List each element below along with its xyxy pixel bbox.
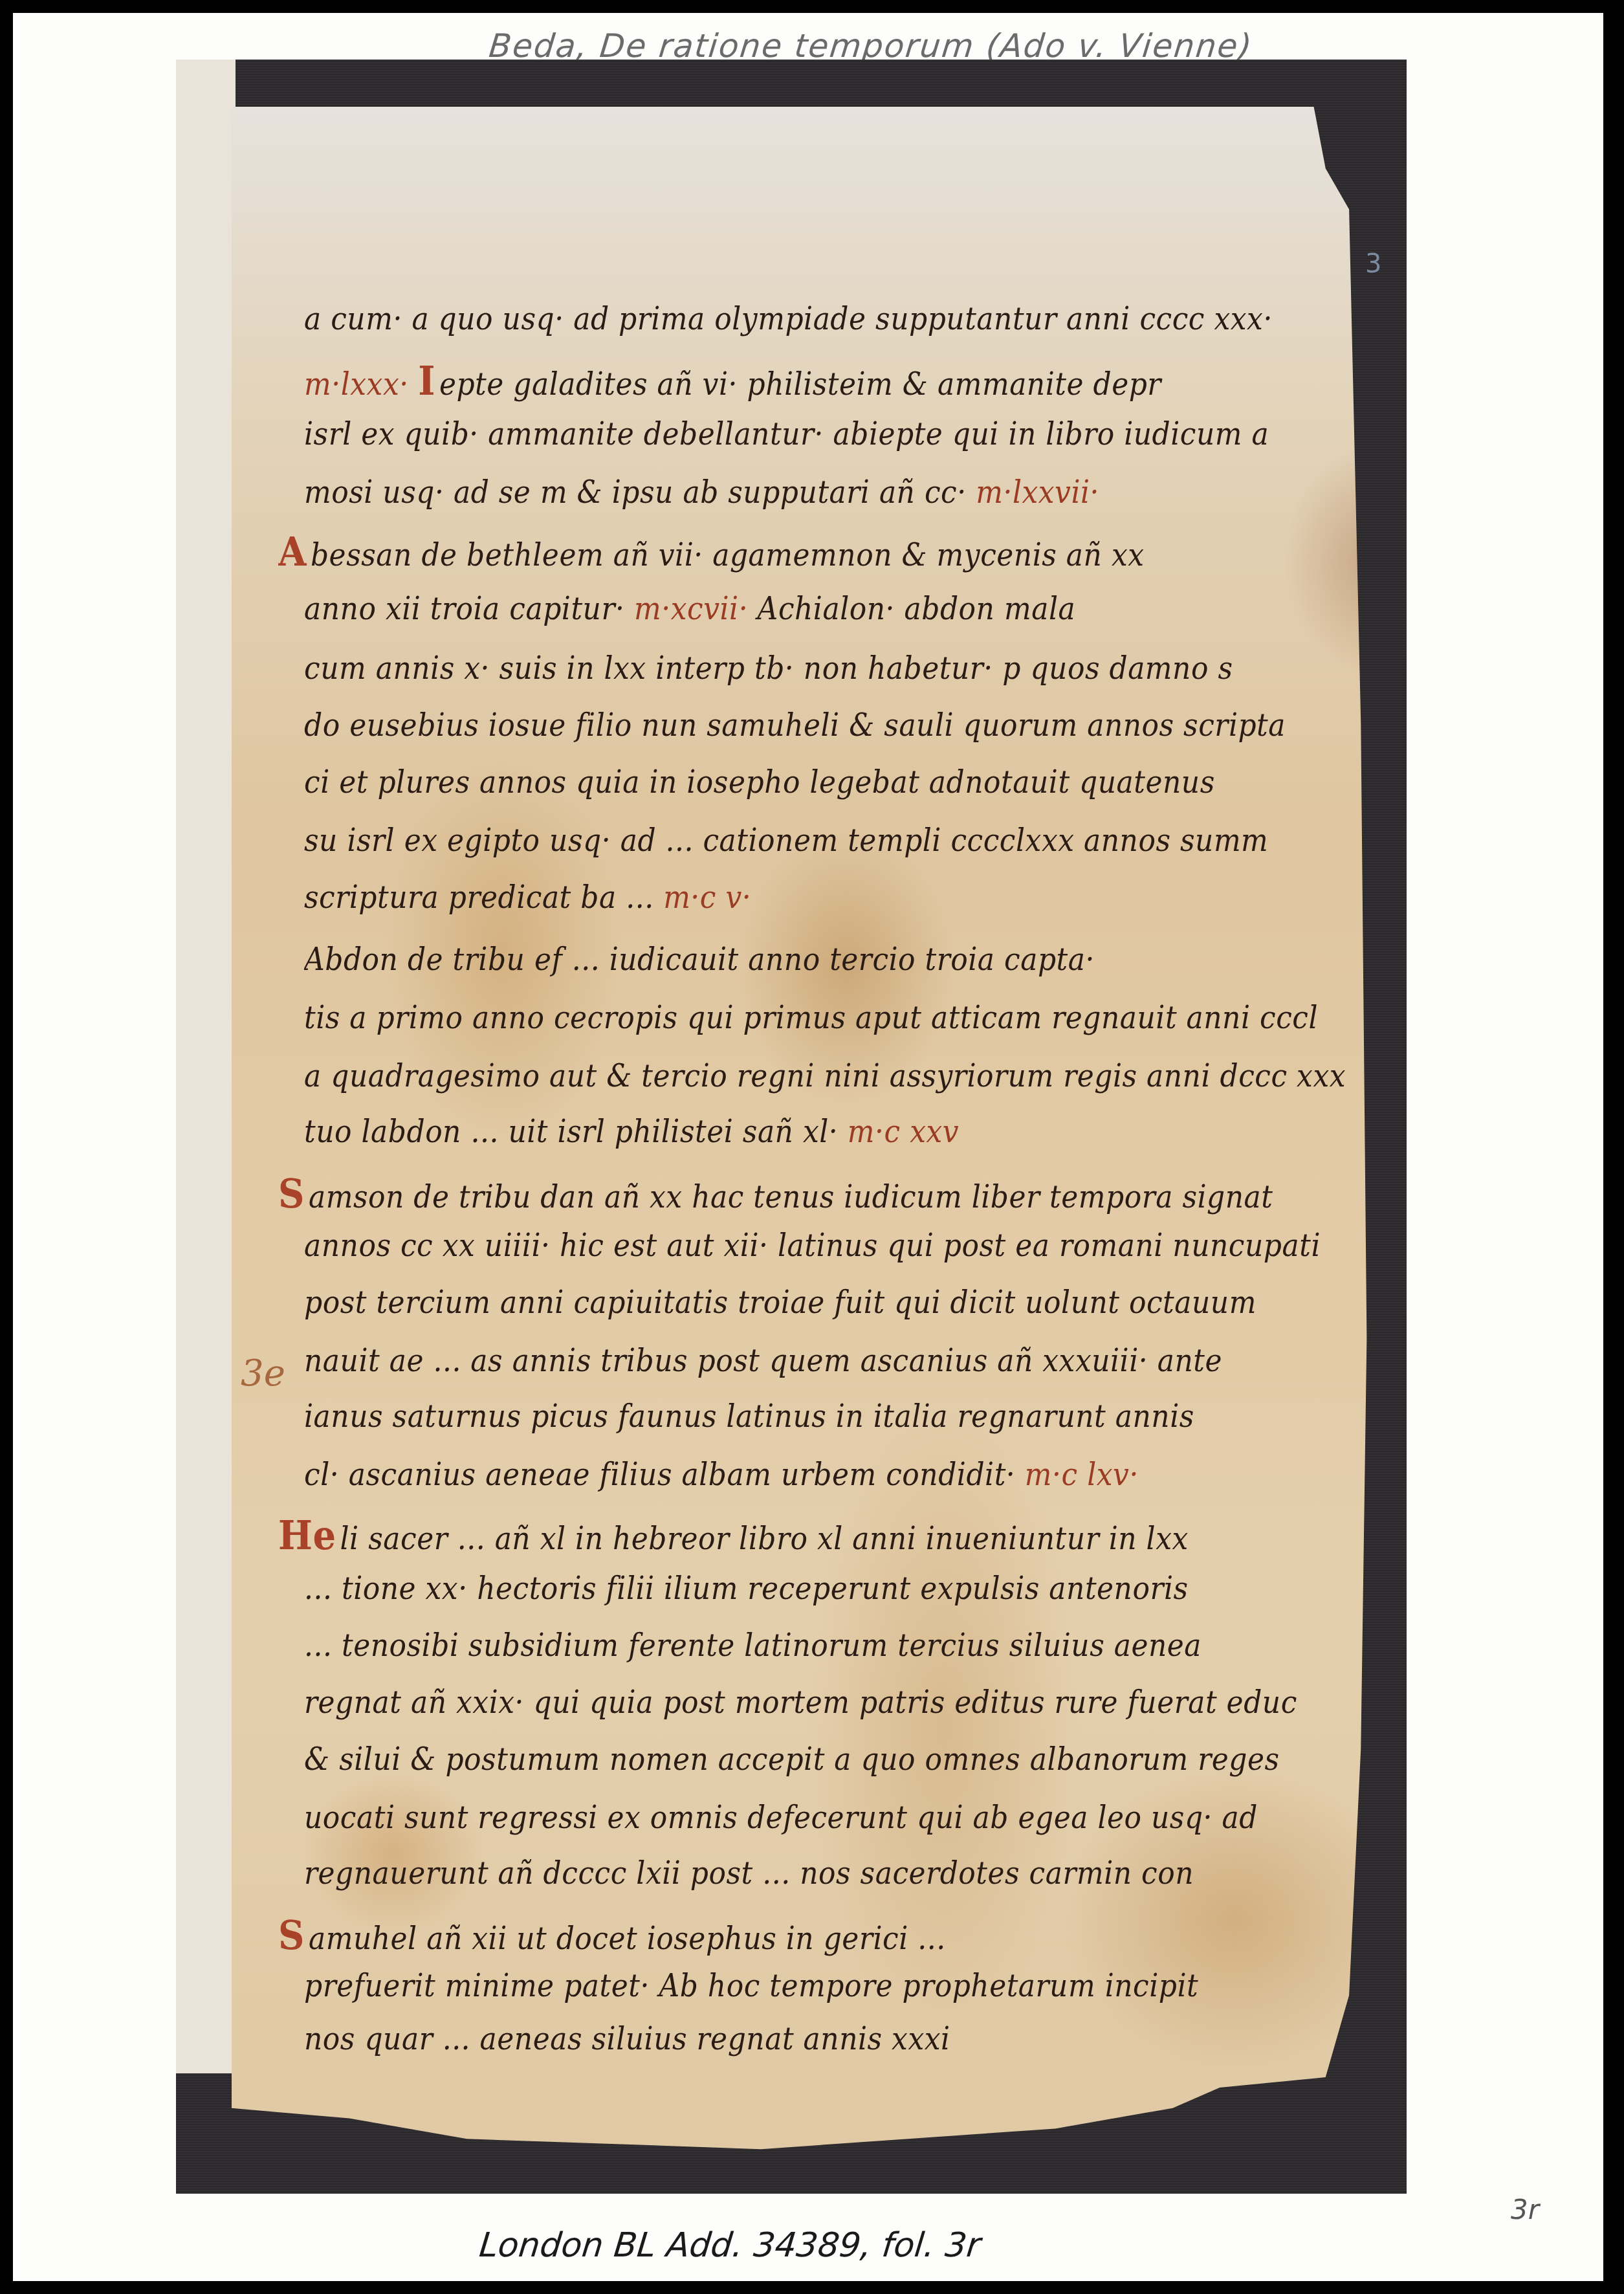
red-initial: S xyxy=(278,1912,305,1959)
line-text: su isrl ex egipto usq· ad ... cationem t… xyxy=(304,822,1268,859)
line-text: ... tenosibi subsidium ferente latinorum… xyxy=(304,1627,1202,1664)
line-text: nauit ae ... as annis tribus post quem a… xyxy=(304,1343,1222,1379)
line-text: Achialon· abdon mala xyxy=(748,591,1075,627)
line-text: regnauerunt añ dcccc lxii post ... nos s… xyxy=(304,1855,1194,1891)
manuscript-line: annos cc xx uiiii· hic est aut xii· lati… xyxy=(304,1228,1391,1264)
line-text: a cum· a quo usq· ad prima olympiade sup… xyxy=(304,301,1273,337)
line-text: post tercium anni capiuitatis troiae fui… xyxy=(304,1285,1256,1321)
red-initial: He xyxy=(278,1512,336,1560)
line-text: cl· ascanius aeneae filius albam urbem c… xyxy=(304,1457,1025,1493)
line-text: isrl ex quib· ammanite debellantur· abie… xyxy=(304,416,1269,452)
line-text: Abdon de tribu ef ... iudicauit anno ter… xyxy=(304,942,1095,978)
line-text: anno xii troia capitur· xyxy=(304,591,634,627)
manuscript-line: post tercium anni capiuitatis troiae fui… xyxy=(304,1285,1391,1321)
rubric-date: m·lxxx· xyxy=(304,366,418,403)
rubric-date: m·c v· xyxy=(663,879,751,916)
line-text: li sacer ... añ xl in hebreor libro xl a… xyxy=(340,1521,1189,1557)
manuscript-line: uocati sunt regressi ex omnis defecerunt… xyxy=(304,1800,1391,1836)
line-text: ci et plures annos quia in iosepho legeb… xyxy=(304,764,1215,800)
red-initial: I xyxy=(418,358,435,405)
manuscript-line: m·lxxx· Iepte galadites añ vi· philistei… xyxy=(304,358,1391,405)
manuscript-line: mosi usq· ad se m & ipsu ab supputari añ… xyxy=(304,474,1391,511)
line-text: a quadragesimo aut & tercio regni nini a… xyxy=(304,1058,1346,1094)
margin-note: 3e xyxy=(241,1352,285,1395)
manuscript-line: ianus saturnus picus faunus latinus in i… xyxy=(304,1398,1391,1435)
line-text: epte galadites añ vi· philisteim & amman… xyxy=(439,366,1161,403)
manuscript-line: Heli sacer ... añ xl in hebreor libro xl… xyxy=(278,1512,1365,1560)
rubric-date: m·c lxv· xyxy=(1025,1457,1139,1493)
line-text: mosi usq· ad se m & ipsu ab supputari añ… xyxy=(304,474,976,511)
manuscript-line: ... tione xx· hectoris filii ilium recep… xyxy=(304,1571,1391,1607)
manuscript-line: tis a primo anno cecropis qui primus apu… xyxy=(304,1000,1391,1036)
line-text: amuhel añ xii ut docet iosephus in geric… xyxy=(309,1921,946,1957)
manuscript-line: ... tenosibi subsidium ferente latinorum… xyxy=(304,1627,1391,1664)
rubric-date: m·xcvii· xyxy=(634,591,748,627)
manuscript-line: scriptura predicat ba ... m·c v· xyxy=(304,879,1391,916)
manuscript-line: ci et plures annos quia in iosepho legeb… xyxy=(304,764,1391,800)
manuscript-line: cl· ascanius aeneae filius albam urbem c… xyxy=(304,1457,1391,1493)
manuscript-line: cum annis x· suis in lxx interp tb· non … xyxy=(304,650,1391,687)
line-text: cum annis x· suis in lxx interp tb· non … xyxy=(304,650,1233,687)
left-paper-strip xyxy=(176,60,236,2073)
manuscript-line: nos quar ... aeneas siluius regnat annis… xyxy=(304,2021,1391,2057)
line-text: prefuerit minime patet· Ab hoc tempore p… xyxy=(304,1968,1198,2004)
leaf-folio-number: 3 xyxy=(1365,249,1381,279)
manuscript-line: prefuerit minime patet· Ab hoc tempore p… xyxy=(304,1968,1391,2004)
manuscript-line: & silui & postumum nomen accepit a quo o… xyxy=(304,1741,1391,1778)
manuscript-line: isrl ex quib· ammanite debellantur· abie… xyxy=(304,416,1391,452)
footer-shelfmark-annotation: London BL Add. 34389, fol. 3r xyxy=(476,2226,1064,2278)
manuscript-line: regnat añ xxix· qui quia post mortem pat… xyxy=(304,1684,1391,1721)
line-text: do eusebius iosue filio nun samuheli & s… xyxy=(304,707,1286,744)
line-text: annos cc xx uiiii· hic est aut xii· lati… xyxy=(304,1228,1321,1264)
corner-folio-annotation: 3r xyxy=(1511,2194,1539,2225)
rubric-date: m·lxxvii· xyxy=(976,474,1099,511)
red-initial: A xyxy=(278,529,307,576)
line-text: & silui & postumum nomen accepit a quo o… xyxy=(304,1741,1280,1778)
line-text: ianus saturnus picus faunus latinus in i… xyxy=(304,1398,1194,1435)
rubric-date: m·c xxv xyxy=(848,1114,959,1150)
manuscript-line: Samuhel añ xii ut docet iosephus in geri… xyxy=(278,1912,1365,1959)
line-text: tuo labdon ... uit isrl philistei sañ xl… xyxy=(304,1114,848,1150)
manuscript-line: Samson de tribu dan añ xx hac tenus iudi… xyxy=(278,1171,1365,1218)
line-text: ... tione xx· hectoris filii ilium recep… xyxy=(304,1571,1189,1607)
manuscript-line: do eusebius iosue filio nun samuheli & s… xyxy=(304,707,1391,744)
line-text: nos quar ... aeneas siluius regnat annis… xyxy=(304,2021,950,2057)
manuscript-line: su isrl ex egipto usq· ad ... cationem t… xyxy=(304,822,1391,859)
manuscript-line: Abessan de bethleem añ vii· agamemnon & … xyxy=(278,529,1365,576)
line-text: uocati sunt regressi ex omnis defecerunt… xyxy=(304,1800,1258,1836)
manuscript-line: regnauerunt añ dcccc lxii post ... nos s… xyxy=(304,1855,1391,1891)
line-text: scriptura predicat ba ... xyxy=(304,879,663,916)
manuscript-line: tuo labdon ... uit isrl philistei sañ xl… xyxy=(304,1114,1391,1150)
line-text: amson de tribu dan añ xx hac tenus iudic… xyxy=(309,1179,1273,1215)
manuscript-line: anno xii troia capitur· m·xcvii· Achialo… xyxy=(304,591,1391,627)
manuscript-line: Abdon de tribu ef ... iudicauit anno ter… xyxy=(304,942,1391,978)
line-text: bessan de bethleem añ vii· agamemnon & m… xyxy=(311,537,1145,573)
manuscript-line: a cum· a quo usq· ad prima olympiade sup… xyxy=(304,301,1391,337)
red-initial: S xyxy=(278,1171,305,1218)
line-text: regnat añ xxix· qui quia post mortem pat… xyxy=(304,1684,1297,1721)
manuscript-line: nauit ae ... as annis tribus post quem a… xyxy=(304,1343,1391,1379)
line-text: tis a primo anno cecropis qui primus apu… xyxy=(304,1000,1318,1036)
manuscript-line: a quadragesimo aut & tercio regni nini a… xyxy=(304,1058,1391,1094)
